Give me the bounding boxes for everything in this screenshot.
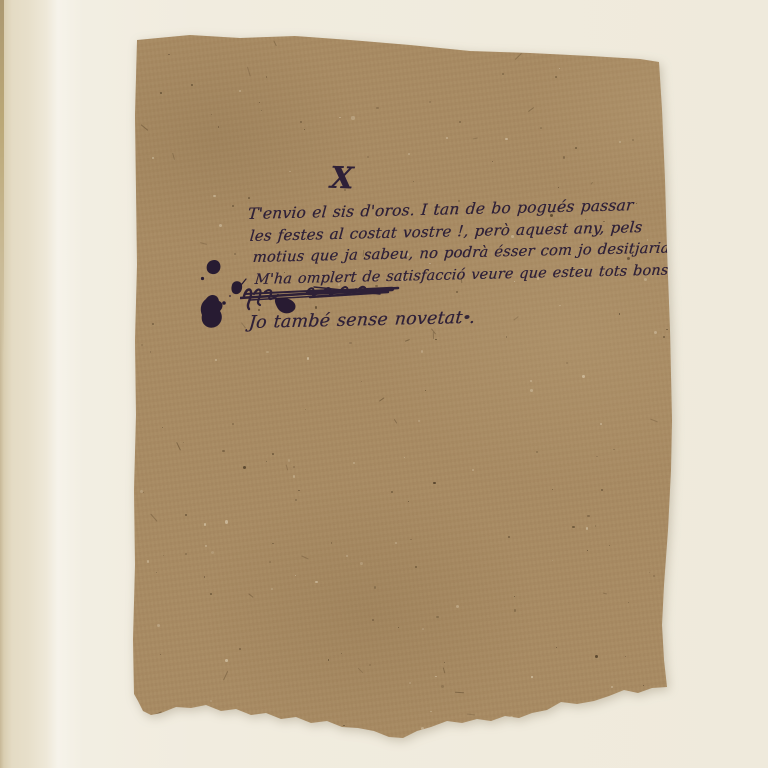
- paper-speck: [613, 449, 614, 450]
- paper-speck: [559, 68, 560, 69]
- paper-speck: [636, 203, 638, 205]
- paper-speck: [456, 605, 459, 608]
- kraft-paper-sheet: X T'envio el sis d'oros. I tan de bo pog…: [0, 0, 768, 768]
- paper-speck: [415, 566, 417, 568]
- paper-speck: [667, 635, 669, 637]
- paper-speck: [223, 670, 228, 679]
- paper-speck: [530, 380, 532, 382]
- paper-speck: [441, 685, 443, 687]
- paper-speck: [361, 381, 362, 382]
- paper-speck: [162, 427, 163, 428]
- paper-speck: [351, 116, 354, 119]
- chapter-numeral: X: [329, 164, 353, 195]
- paper-speck: [360, 562, 363, 565]
- paper-speck: [586, 527, 589, 530]
- paper-speck: [595, 525, 596, 526]
- paper-speck: [430, 711, 432, 713]
- paper-speck: [540, 127, 542, 129]
- paper-speck: [653, 575, 655, 577]
- paper-speck: [410, 539, 412, 541]
- paper-speck: [288, 459, 291, 462]
- paper-speck: [374, 586, 376, 588]
- paper-speck: [508, 536, 510, 538]
- paper-speck: [658, 691, 662, 694]
- paper-speck: [273, 41, 277, 47]
- paper-speck: [632, 703, 633, 704]
- paper-speck: [418, 420, 420, 422]
- paper-speck: [305, 409, 306, 410]
- photo-of-book-page: X T'envio el sis d'oros. I tan de bo pog…: [0, 0, 768, 768]
- paper-speck: [565, 710, 566, 711]
- paper-speck: [391, 491, 393, 493]
- paper-speck: [346, 555, 348, 557]
- paper-speck: [545, 719, 547, 721]
- paper-speck: [376, 107, 378, 109]
- paper-speck: [266, 76, 267, 77]
- paper-speck: [259, 102, 260, 103]
- paper-speck: [596, 456, 598, 458]
- paper-speck: [213, 195, 215, 197]
- paper-speck: [293, 475, 295, 477]
- paper-speck: [582, 375, 584, 377]
- paper-speck: [587, 515, 589, 517]
- paper-speck: [566, 362, 568, 364]
- paper-speck: [215, 359, 217, 361]
- paper-speck: [619, 313, 621, 315]
- paper-speck: [204, 523, 207, 526]
- paper-speck: [515, 53, 522, 60]
- paper-speck: [183, 442, 184, 443]
- paper-speck: [425, 390, 426, 391]
- paper-speck: [185, 514, 187, 516]
- paper-speck: [304, 129, 305, 130]
- paper-speck: [455, 692, 464, 693]
- paper-speck: [650, 419, 658, 423]
- paper-speck: [140, 490, 143, 493]
- paper-speck: [214, 717, 216, 719]
- paper-speck: [141, 344, 143, 346]
- paper-speck: [160, 654, 161, 655]
- paper-speck: [272, 543, 274, 545]
- paper-speck: [398, 627, 399, 628]
- paper-speck: [552, 560, 553, 561]
- paper-speck: [295, 499, 297, 501]
- paper-speck: [514, 596, 515, 597]
- paper-speck: [339, 117, 341, 119]
- paper-speck: [531, 676, 533, 678]
- paper-speck: [247, 67, 251, 77]
- paper-speck: [404, 457, 405, 458]
- paper-speck: [369, 664, 371, 666]
- paper-speck: [266, 351, 269, 354]
- paper-speck: [150, 351, 151, 352]
- paper-speck: [536, 451, 538, 453]
- paper-speck: [168, 54, 170, 56]
- paper-speck: [211, 114, 212, 115]
- paper-speck: [446, 137, 448, 139]
- paper-speck: [422, 628, 424, 630]
- paper-speck: [154, 711, 162, 715]
- paper-speck: [301, 556, 309, 560]
- kraft-paper-wrap: X T'envio el sis d'oros. I tan de bo pog…: [0, 0, 768, 768]
- paper-speck: [421, 727, 424, 730]
- paper-speck: [239, 90, 240, 91]
- paper-speck: [285, 464, 288, 470]
- paper-speck: [669, 243, 670, 244]
- paper-speck: [152, 157, 154, 159]
- paper-speck: [575, 147, 577, 149]
- paper-speck: [147, 560, 150, 563]
- paper-speck: [556, 647, 557, 648]
- paper-speck: [243, 466, 246, 469]
- paper-speck: [590, 182, 593, 185]
- paper-speck: [625, 656, 626, 657]
- paper-texture: [0, 0, 768, 768]
- paper-speck: [210, 593, 212, 595]
- paper-speck: [205, 545, 206, 546]
- paper-speck: [513, 316, 518, 320]
- paper-speck: [528, 107, 534, 112]
- paper-speck: [436, 616, 438, 618]
- paper-speck: [467, 714, 475, 716]
- paper-speck: [271, 588, 273, 590]
- paper-speck: [218, 126, 219, 127]
- paper-speck: [171, 721, 174, 724]
- paper-speck: [619, 141, 620, 142]
- paper-speck: [421, 350, 423, 352]
- paper-speck: [587, 550, 588, 551]
- paper-speck: [225, 659, 228, 662]
- paper-speck: [367, 156, 369, 158]
- paper-speck: [232, 205, 234, 207]
- paper-speck: [409, 682, 411, 684]
- paper-speck: [357, 668, 363, 674]
- paper-speck: [185, 553, 187, 555]
- paper-speck: [649, 572, 650, 573]
- paper-speck: [601, 489, 603, 491]
- paper-speck: [408, 501, 409, 502]
- paper-speck: [395, 542, 397, 544]
- paper-speck: [172, 152, 175, 159]
- paper-speck: [492, 161, 494, 163]
- paper-speck: [473, 138, 478, 140]
- paper-speck: [670, 280, 672, 282]
- paper-speck: [163, 555, 164, 556]
- paper-speck: [261, 110, 262, 111]
- paper-speck: [666, 705, 667, 706]
- ink-blots: [190, 255, 480, 340]
- paper-speck: [514, 609, 516, 611]
- paper-speck: [502, 73, 504, 75]
- paper-speck: [266, 461, 267, 462]
- paper-speck: [248, 594, 253, 598]
- paper-speck: [289, 171, 291, 173]
- paper-speck: [341, 653, 342, 654]
- paper-speck: [315, 581, 317, 583]
- paper-speck: [611, 686, 613, 688]
- paper-speck: [632, 139, 634, 141]
- paper-speck: [200, 242, 207, 245]
- paper-speck: [609, 545, 610, 546]
- paper-speck: [196, 728, 198, 730]
- paper-speck: [472, 469, 474, 471]
- paper-speck: [663, 336, 665, 338]
- paper-speck: [380, 398, 385, 402]
- paper-speck: [295, 575, 296, 576]
- paper-speck: [269, 561, 271, 563]
- paper-speck: [603, 593, 607, 595]
- paper-speck: [328, 659, 329, 660]
- paper-speck: [232, 423, 234, 425]
- paper-speck: [296, 735, 298, 737]
- paper-speck: [600, 423, 602, 425]
- paper-speck: [191, 84, 193, 86]
- paper-speck: [435, 676, 436, 677]
- paper-speck: [157, 624, 160, 627]
- paper-speck: [307, 357, 310, 360]
- paper-speck: [510, 716, 513, 719]
- paper-speck: [211, 551, 214, 554]
- paper-speck: [300, 121, 302, 123]
- paper-speck: [506, 336, 507, 337]
- paper-speck: [343, 725, 344, 726]
- paper-speck: [563, 156, 565, 158]
- paper-speck: [349, 342, 351, 344]
- paper-speck: [272, 453, 274, 455]
- paper-speck: [444, 662, 446, 664]
- paper-speck: [552, 489, 554, 491]
- paper-speck: [151, 514, 158, 522]
- paper-speck: [141, 124, 148, 130]
- paper-speck: [643, 685, 644, 686]
- paper-speck: [372, 619, 374, 621]
- paper-speck: [331, 542, 333, 544]
- paper-speck: [298, 490, 300, 492]
- paper-speck: [225, 520, 228, 523]
- paper-speck: [176, 442, 181, 451]
- paper-speck: [429, 101, 431, 103]
- paper-speck: [443, 667, 446, 673]
- paper-speck: [654, 331, 657, 334]
- paper-speck: [239, 648, 241, 650]
- paper-speck: [394, 419, 398, 424]
- paper-speck: [433, 482, 436, 485]
- paper-speck: [558, 187, 559, 188]
- paper-speck: [559, 305, 561, 307]
- paper-speck: [666, 329, 667, 330]
- paper-speck: [353, 462, 355, 464]
- paper-speck: [555, 76, 557, 78]
- paper-speck: [293, 466, 295, 468]
- paper-speck: [204, 576, 206, 578]
- paper-speck: [248, 197, 250, 199]
- paper-speck: [219, 224, 222, 227]
- paper-speck: [413, 181, 414, 182]
- paper-speck: [628, 602, 629, 603]
- paper-speck: [210, 700, 212, 702]
- paper-speck: [530, 389, 533, 392]
- paper-speck: [595, 655, 598, 658]
- paper-speck: [408, 153, 410, 155]
- paper-speck: [156, 572, 157, 573]
- paper-speck: [505, 138, 508, 141]
- paper-speck: [572, 526, 574, 528]
- paper-speck: [222, 450, 224, 452]
- paper-speck: [300, 721, 302, 723]
- paper-speck: [160, 92, 162, 94]
- paper-speck: [459, 121, 461, 123]
- paper-speck: [152, 323, 154, 325]
- paper-speck: [423, 736, 425, 738]
